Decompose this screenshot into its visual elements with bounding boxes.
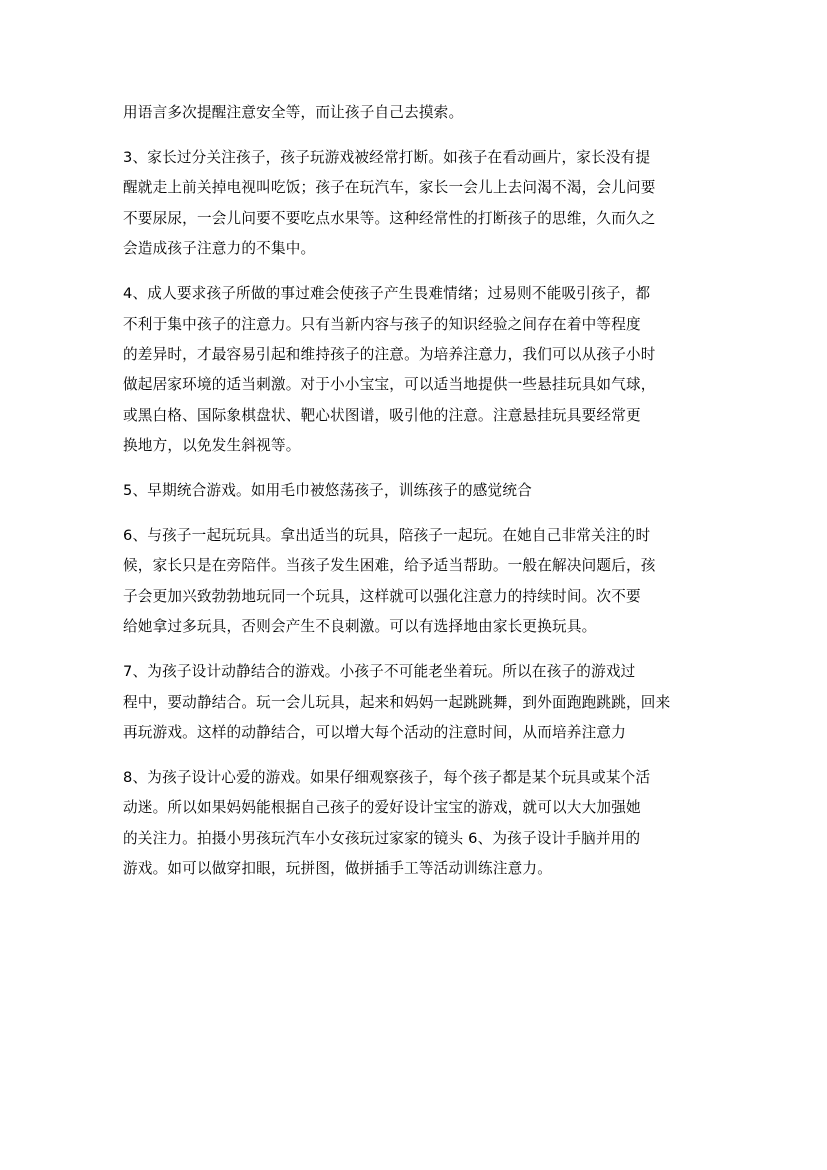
text-line: 不利于集中孩子的注意力。只有当新内容与孩子的知识经验之间存在着中等程度 bbox=[123, 310, 713, 340]
paragraph-item-5: 5、早期统合游戏。如用毛巾被悠荡孩子，训练孩子的感觉统合 bbox=[123, 476, 713, 506]
text-line: 给她拿过多玩具，否则会产生不良刺激。可以有选择地由家长更换玩具。 bbox=[123, 612, 713, 642]
text-line: 再玩游戏。这样的动静结合，可以增大每个活动的注意时间，从而培养注意力 bbox=[123, 718, 713, 748]
text-line: 动迷。所以如果妈妈能根据自己孩子的爱好设计宝宝的游戏，就可以大大加强她 bbox=[123, 793, 713, 823]
paragraph-item-7: 7、为孩子设计动静结合的游戏。小孩子不可能老坐着玩。所以在孩子的游戏过 程中，要… bbox=[123, 657, 713, 748]
text-line: 的关注力。拍摄小男孩玩汽车小女孩玩过家家的镜头 6、为孩子设计手脑并用的 bbox=[123, 824, 713, 854]
text-line: 做起居家环境的适当刺激。对于小小宝宝，可以适当地提供一些悬挂玩具如气球， bbox=[123, 370, 713, 400]
text-line: 醒就走上前关掉电视叫吃饭；孩子在玩汽车，家长一会儿上去问渴不渴，会儿问要 bbox=[123, 173, 713, 203]
text-line: 程中，要动静结合。玩一会儿玩具，起来和妈妈一起跳跳舞，到外面跑跑跳跳，回来 bbox=[123, 688, 713, 718]
text-line: 用语言多次提醒注意安全等，而让孩子自己去摸索。 bbox=[123, 98, 713, 128]
paragraph-item-6: 6、与孩子一起玩玩具。拿出适当的玩具，陪孩子一起玩。在她自己非常关注的时 候，家… bbox=[123, 521, 713, 643]
paragraph-item-4: 4、成人要求孩子所做的事过难会使孩子产生畏难情绪；过易则不能吸引孩子，都 不利于… bbox=[123, 279, 713, 461]
document-body: 用语言多次提醒注意安全等，而让孩子自己去摸索。 3、家长过分关注孩子，孩子玩游戏… bbox=[123, 98, 713, 899]
text-line: 3、家长过分关注孩子，孩子玩游戏被经常打断。如孩子在看动画片，家长没有提 bbox=[123, 143, 713, 173]
text-line: 8、为孩子设计心爱的游戏。如果仔细观察孩子，每个孩子都是某个玩具或某个活 bbox=[123, 763, 713, 793]
text-line: 4、成人要求孩子所做的事过难会使孩子产生畏难情绪；过易则不能吸引孩子，都 bbox=[123, 279, 713, 309]
text-line: 7、为孩子设计动静结合的游戏。小孩子不可能老坐着玩。所以在孩子的游戏过 bbox=[123, 657, 713, 687]
text-line: 的差异时，才最容易引起和维持孩子的注意。为培养注意力，我们可以从孩子小时 bbox=[123, 340, 713, 370]
text-line: 不要尿尿，一会儿问要不要吃点水果等。这种经常性的打断孩子的思维，久而久之 bbox=[123, 204, 713, 234]
paragraph-continuation: 用语言多次提醒注意安全等，而让孩子自己去摸索。 bbox=[123, 98, 713, 128]
text-line: 子会更加兴致勃勃地玩同一个玩具，这样就可以强化注意力的持续时间。次不要 bbox=[123, 582, 713, 612]
text-line: 换地方，以免发生斜视等。 bbox=[123, 431, 713, 461]
text-line: 会造成孩子注意力的不集中。 bbox=[123, 234, 713, 264]
paragraph-item-3: 3、家长过分关注孩子，孩子玩游戏被经常打断。如孩子在看动画片，家长没有提 醒就走… bbox=[123, 143, 713, 265]
text-line: 游戏。如可以做穿扣眼，玩拼图，做拼插手工等活动训练注意力。 bbox=[123, 854, 713, 884]
text-line: 候，家长只是在旁陪伴。当孩子发生困难，给予适当帮助。一般在解决问题后，孩 bbox=[123, 551, 713, 581]
text-line: 6、与孩子一起玩玩具。拿出适当的玩具，陪孩子一起玩。在她自己非常关注的时 bbox=[123, 521, 713, 551]
text-line: 5、早期统合游戏。如用毛巾被悠荡孩子，训练孩子的感觉统合 bbox=[123, 476, 713, 506]
paragraph-item-8: 8、为孩子设计心爱的游戏。如果仔细观察孩子，每个孩子都是某个玩具或某个活 动迷。… bbox=[123, 763, 713, 885]
document-page: 用语言多次提醒注意安全等，而让孩子自己去摸索。 3、家长过分关注孩子，孩子玩游戏… bbox=[0, 0, 827, 1170]
text-line: 或黑白格、国际象棋盘状、靶心状图谱，吸引他的注意。注意悬挂玩具要经常更 bbox=[123, 401, 713, 431]
